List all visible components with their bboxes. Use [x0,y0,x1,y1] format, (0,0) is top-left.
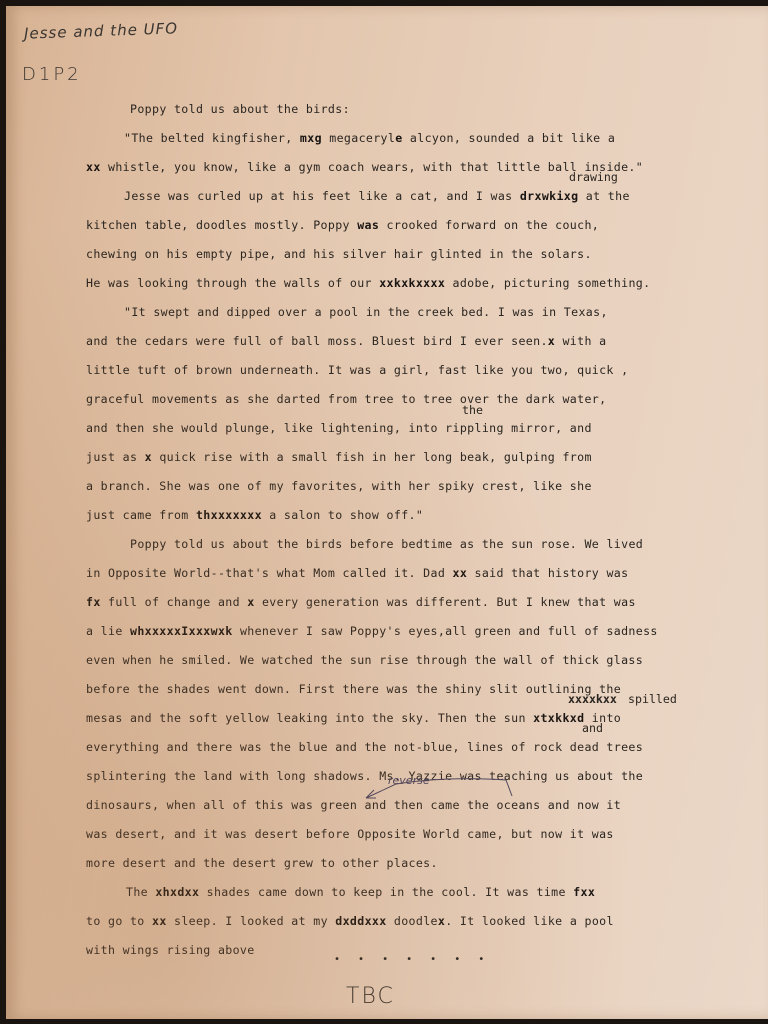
typed-text: Jesse was curled up at his feet like a c… [124,189,520,203]
typed-text: "It swept and dipped over a pool in the … [124,305,608,319]
typed-text: just came from [86,508,196,522]
typed-line: everything and there was the blue and th… [86,740,643,754]
typed-text: even when he smiled. We watched the sun … [86,653,643,667]
strikeover: thxxxxxxx [196,508,262,522]
typed-text: every generation was different. But I kn… [255,595,636,609]
insertion-drawing: drawing [569,170,618,184]
typed-text: Poppy told us about the birds before bed… [130,537,643,551]
typed-line: "The belted kingfisher, mxg megaceryle a… [124,131,615,145]
typed-text: said that history was [467,566,628,580]
typed-text: a lie [86,624,130,638]
insertion-spilled: spilled [628,692,677,706]
typed-text: Poppy told us about the birds: [130,102,350,116]
strikeover: xx [152,914,167,928]
strikeover: x [145,450,152,464]
typed-text: a branch. She was one of my favorites, w… [86,479,592,493]
handwritten-code: D1P2 [22,64,82,85]
typed-text: more desert and the desert grew to other… [86,856,438,870]
typed-text: mesas and the soft yellow leaking into t… [86,711,533,725]
typed-text: in Opposite World--that's what Mom calle… [86,566,453,580]
typed-text: with a [555,334,606,348]
strikeover: xx [86,160,101,174]
typed-text: The [126,885,155,899]
typed-text: adobe, picturing something. [445,276,650,290]
insertion-the: the [462,403,483,417]
typed-line: little tuft of brown underneath. It was … [86,363,628,377]
typed-text: to go to [86,914,152,928]
typed-line: just as x quick rise with a small fish i… [86,450,592,464]
strikeover-above: xxxxkxx [568,692,617,706]
typed-text: and the cedars were full of ball moss. B… [86,334,548,348]
typed-text: just as [86,450,145,464]
section-separator: • • • • • • • [334,954,490,965]
typed-text: was desert, and it was desert before Opp… [86,827,614,841]
typed-text: with wings rising above [86,943,255,957]
typed-text: "The belted kingfisher, [124,131,300,145]
reverse-arrow-icon [346,776,526,806]
typed-text: . It looked like a pool [445,914,614,928]
typed-text: a salon to show off." [262,508,423,522]
typed-text: whistle, you know, like a gym coach wear… [101,160,643,174]
strikeover: fxx [573,885,595,899]
typed-line: The xhxdxx shades came down to keep in t… [126,885,595,899]
typed-text: graceful movements as she darted from tr… [86,392,606,406]
strikeover: xx [453,566,468,580]
typed-text: alcyon, sounded a bit like a [403,131,616,145]
strikeover: dxddxxx [335,914,386,928]
handwritten-reverse-note: reverse [388,774,430,787]
typed-line: kitchen table, doodles mostly. Poppy was… [86,218,599,232]
typed-line: in Opposite World--that's what Mom calle… [86,566,628,580]
insertion-and: and [582,721,603,735]
typed-manuscript-page: Jesse and the UFO D1P2 Poppy told us abo… [6,6,768,1019]
strikeover: e [395,131,402,145]
typed-line: to go to xx sleep. I looked at my dxddxx… [86,914,614,928]
typed-text: chewing on his empty pipe, and his silve… [86,247,592,261]
strikeover: xtxkkxd [533,711,584,725]
strikeover: mxg [300,131,322,145]
typed-text: crooked forward on the couch, [379,218,599,232]
typed-text: and then she would plunge, like lighteni… [86,421,592,435]
strikeover: xxkxkxxxx [379,276,445,290]
typed-line: graceful movements as she darted from tr… [86,392,606,406]
typed-line: with wings rising above [86,943,255,957]
typed-line: Poppy told us about the birds before bed… [130,537,643,551]
typed-line: more desert and the desert grew to other… [86,856,438,870]
typed-text: sleep. I looked at my [167,914,336,928]
typed-line: even when he smiled. We watched the sun … [86,653,643,667]
typed-text: quick rise with a small fish in her long… [152,450,592,464]
strikeover: drxwkixg [520,189,579,203]
typed-line: Poppy told us about the birds: [130,102,350,116]
typed-line: chewing on his empty pipe, and his silve… [86,247,592,261]
strikeover: fx [86,595,101,609]
typed-text: doodle [387,914,438,928]
typed-line: before the shades went down. First there… [86,682,621,696]
typed-text: whenever I saw Poppy's eyes,all green an… [233,624,658,638]
strikeover: was [357,218,379,232]
typed-line: just came from thxxxxxxx a salon to show… [86,508,423,522]
typed-text: before the shades went down. First there… [86,682,621,696]
handwritten-title: Jesse and the UFO [24,19,179,42]
typed-line: and then she would plunge, like lighteni… [86,421,592,435]
typed-text: megaceryl [322,131,395,145]
typed-text: kitchen table, doodles mostly. Poppy [86,218,357,232]
typed-line: a lie whxxxxxIxxxwxk whenever I saw Popp… [86,624,658,638]
typed-line: was desert, and it was desert before Opp… [86,827,614,841]
typed-text: shades came down to keep in the cool. It… [199,885,573,899]
typed-line: He was looking through the walls of our … [86,276,650,290]
typed-line: "It swept and dipped over a pool in the … [124,305,608,319]
typed-line: a branch. She was one of my favorites, w… [86,479,592,493]
typed-line: and the cedars were full of ball moss. B… [86,334,606,348]
typed-text: He was looking through the walls of our [86,276,379,290]
strikeover: x [247,595,254,609]
typed-text: little tuft of brown underneath. It was … [86,363,628,377]
typed-text: at the [578,189,629,203]
strikeover: whxxxxxIxxxwxk [130,624,233,638]
typed-text: full of change and [101,595,248,609]
typed-line: Jesse was curled up at his feet like a c… [124,189,630,203]
strikeover: xhxdxx [155,885,199,899]
typed-text: everything and there was the blue and th… [86,740,643,754]
typed-line: mesas and the soft yellow leaking into t… [86,711,621,725]
typed-line: xx whistle, you know, like a gym coach w… [86,160,643,174]
handwritten-tbc: TBC [346,984,395,1009]
typed-line: fx full of change and x every generation… [86,595,636,609]
